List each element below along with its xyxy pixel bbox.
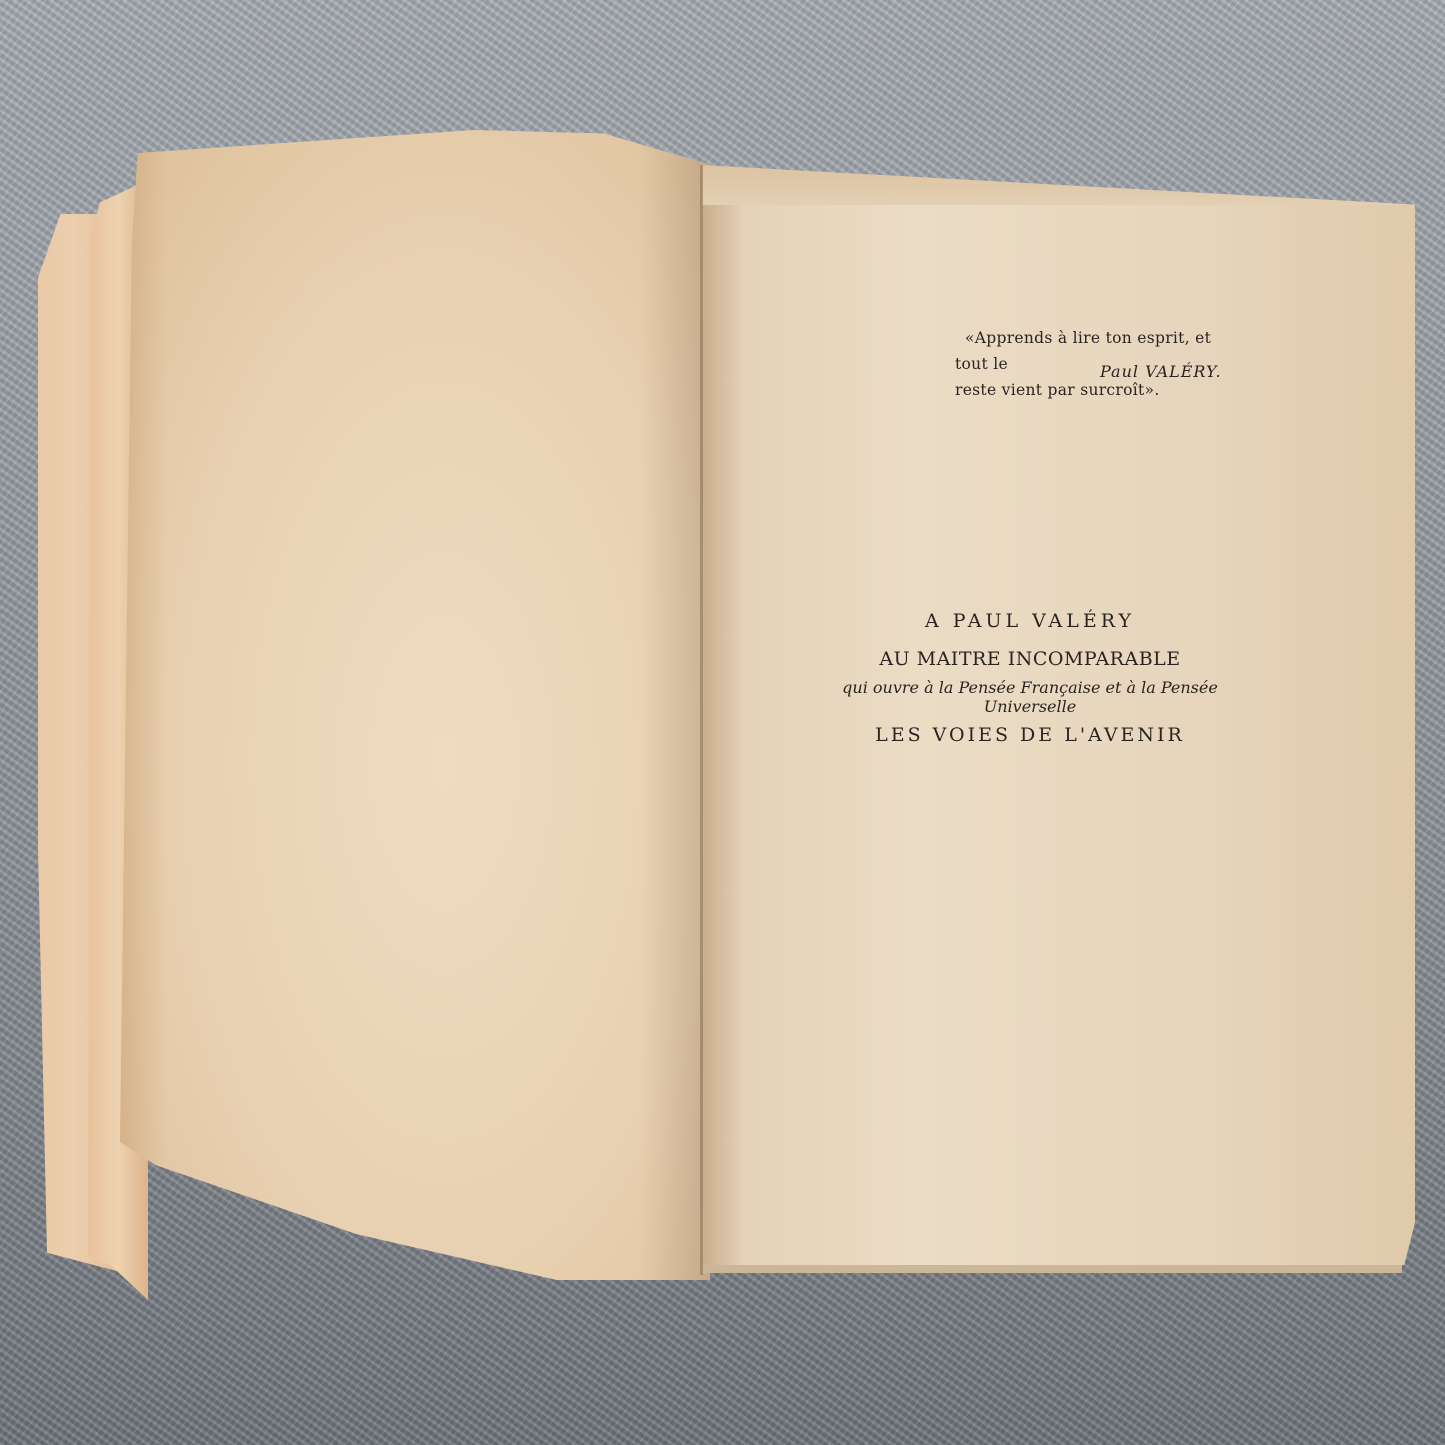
dedication-line-2: AU MAITRE INCOMPARABLE [800,648,1260,670]
dedication-line-4: LES VOIES DE L'AVENIR [800,724,1260,746]
epigraph-author: Paul VALÉRY. [1100,362,1222,381]
right-page-bottom-edge [702,1265,1402,1273]
photo-scene: «Apprends à lire ton esprit, et tout le … [0,0,1445,1445]
dedication-line-3: qui ouvre à la Pensée Française et à la … [800,678,1260,716]
left-page-blank [120,130,710,1280]
book-gutter [700,165,703,1275]
dedication-line-1: A PAUL VALÉRY [800,610,1260,632]
dedication: A PAUL VALÉRY AU MAITRE INCOMPARABLE qui… [800,610,1260,746]
